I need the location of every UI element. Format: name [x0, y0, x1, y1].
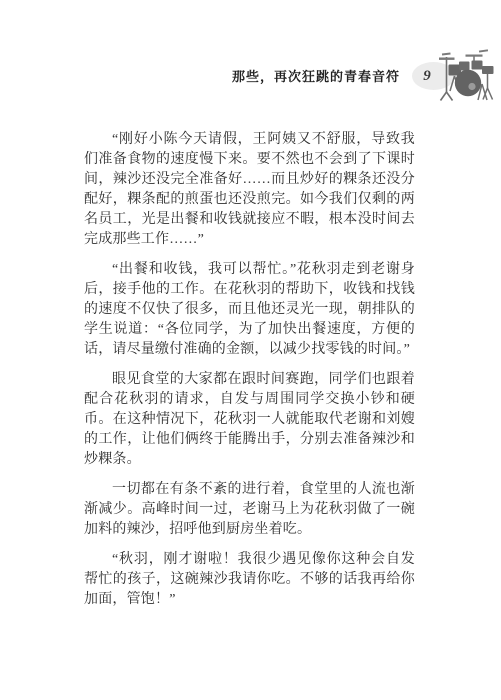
paragraph-3: 眼见食堂的大家都在跟时间赛跑，同学们也跟着配合花秋羽的请求，自发与周围同学交换小…	[84, 370, 415, 470]
paragraph-4: 一切都在有条不紊的进行着，食堂里的人流也渐渐减少。高峰时间一过，老谢马上为花秋羽…	[84, 480, 415, 540]
chapter-title: 那些，再次狂跳的青春音符	[232, 66, 400, 85]
paragraph-5: “秋羽，刚才谢啦！我很少遇见像你这种会自发帮忙的孩子，这碗辣沙我请你吃。不够的话…	[84, 550, 415, 610]
running-header: 那些，再次狂跳的青春音符 9	[0, 0, 501, 112]
drum-kit-icon	[438, 47, 496, 103]
paragraph-1: “刚好小陈今天请假，王阿姨又不舒服，导致我们准备食物的速度慢下来。要不然也不会到…	[84, 130, 415, 250]
page-body-text: “刚好小陈今天请假，王阿姨又不舒服，导致我们准备食物的速度慢下来。要不然也不会到…	[84, 130, 415, 620]
paragraph-2: “出餐和收钱，我可以帮忙。”花秋羽走到老谢身后，接手他的工作。在花秋羽的帮助下，…	[84, 260, 415, 360]
book-page: { "header": { "title": "那些，再次狂跳的青春音符", "…	[0, 0, 501, 700]
page-number: 9	[423, 69, 431, 84]
